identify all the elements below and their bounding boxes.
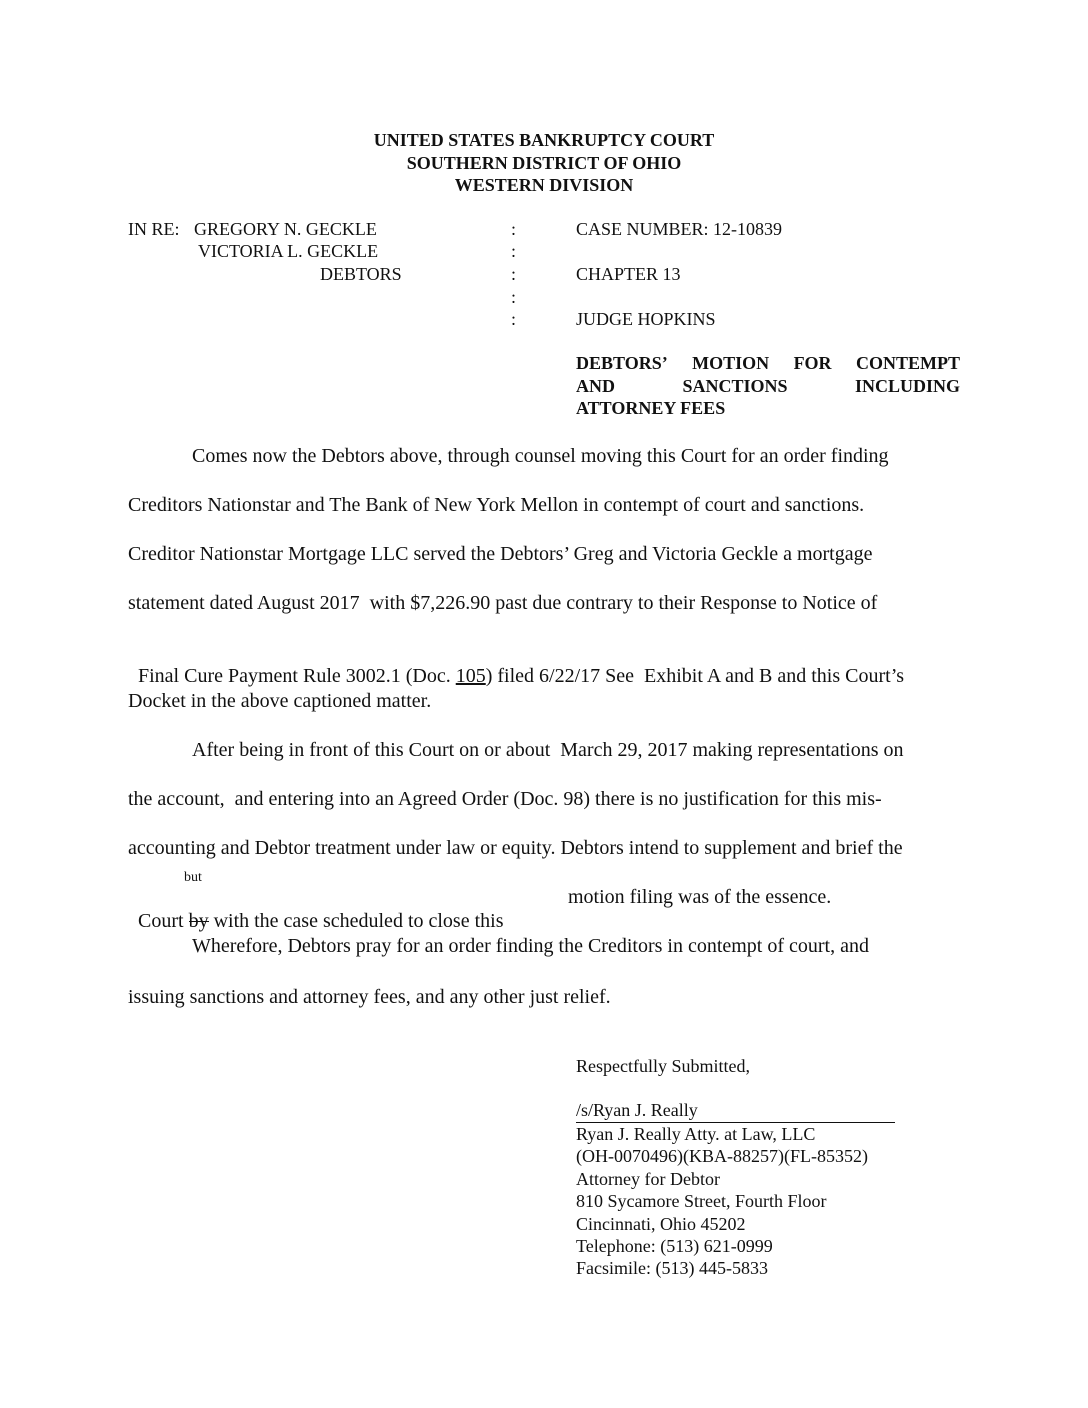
court-name: UNITED STATES BANKRUPTCY COURT — [0, 129, 1088, 152]
title-word: FOR — [794, 352, 832, 375]
firm-name: Ryan J. Really Atty. at Law, LLC — [576, 1123, 815, 1146]
paragraph-1-line: Docket in the above captioned matter. — [128, 689, 431, 713]
facsimile: Facsimile: (513) 445-5833 — [576, 1257, 768, 1280]
paragraph-2-line: the account, and entering into an Agreed… — [128, 787, 882, 811]
paragraph-2-line-end: motion filing was of the essence. — [568, 885, 831, 909]
motion-title: DEBTORS’ MOTION FOR CONTEMPT AND SANCTIO… — [576, 352, 960, 420]
judge: JUDGE HOPKINS — [576, 308, 716, 331]
text: Final Cure Payment Rule 3002.1 (Doc. — [138, 665, 456, 687]
inserted-word: but — [184, 870, 202, 886]
paragraph-2-line: accounting and Debtor treatment under la… — [128, 836, 903, 860]
title-word: AND — [576, 375, 615, 398]
address-line-1: 810 Sycamore Street, Fourth Floor — [576, 1190, 826, 1213]
paragraph-3-line: issuing sanctions and attorney fees, and… — [128, 985, 611, 1009]
paragraph-1-line: Creditors Nationstar and The Bank of New… — [128, 493, 864, 517]
paragraph-1-line: Creditor Nationstar Mortgage LLC served … — [128, 542, 872, 566]
court-header: UNITED STATES BANKRUPTCY COURT SOUTHERN … — [0, 129, 1088, 197]
telephone: Telephone: (513) 621-0999 — [576, 1235, 773, 1258]
paragraph-1-line: Final Cure Payment Rule 3002.1 (Doc. 105… — [128, 640, 904, 688]
court-division: WESTERN DIVISION — [0, 174, 1088, 197]
chapter: CHAPTER 13 — [576, 263, 681, 286]
caption-separator: : — [511, 263, 516, 286]
paragraph-2-line: After being in front of this Court on or… — [128, 738, 904, 762]
paragraph-2-line: Court by with the case scheduled to clos… — [128, 885, 503, 933]
caption-separator: : — [511, 286, 516, 309]
caption-separator: : — [511, 240, 516, 263]
text: ) filed 6/22/17 See Exhibit A and B and … — [486, 665, 904, 687]
struck-word: by — [189, 910, 209, 932]
debtor-1-name: GREGORY N. GECKLE — [194, 218, 377, 241]
title-word: MOTION — [692, 352, 769, 375]
address-line-2: Cincinnati, Ohio 45202 — [576, 1213, 746, 1236]
caption-separator: : — [511, 218, 516, 241]
attorney-role: Attorney for Debtor — [576, 1168, 720, 1191]
debtor-2-name: VICTORIA L. GECKLE — [198, 240, 378, 263]
paragraph-3-line: Wherefore, Debtors pray for an order fin… — [128, 934, 869, 958]
closing: Respectfully Submitted, — [576, 1055, 750, 1078]
title-word: CONTEMPT — [856, 352, 960, 375]
title-word: DEBTORS’ — [576, 352, 668, 375]
text: with the case scheduled to close this — [209, 910, 504, 932]
debtors-label: DEBTORS — [320, 263, 402, 286]
paragraph-1-line: Comes now the Debtors above, through cou… — [128, 444, 889, 468]
case-number: CASE NUMBER: 12-10839 — [576, 218, 782, 241]
in-re-label: IN RE: — [128, 218, 180, 241]
bar-numbers: (OH-0070496)(KBA-88257)(FL-85352) — [576, 1145, 868, 1168]
signature: /s/Ryan J. Really — [576, 1099, 895, 1123]
title-line: ATTORNEY FEES — [576, 397, 960, 420]
court-district: SOUTHERN DISTRICT OF OHIO — [0, 152, 1088, 175]
title-word: SANCTIONS — [682, 375, 787, 398]
signature-line: /s/Ryan J. Really — [576, 1099, 895, 1123]
caption-separator: : — [511, 308, 516, 331]
paragraph-1-line: statement dated August 2017 with $7,226.… — [128, 591, 877, 615]
text: Court — [138, 910, 189, 932]
title-word: INCLUDING — [855, 375, 960, 398]
doc-105-link[interactable]: 105 — [456, 665, 486, 687]
